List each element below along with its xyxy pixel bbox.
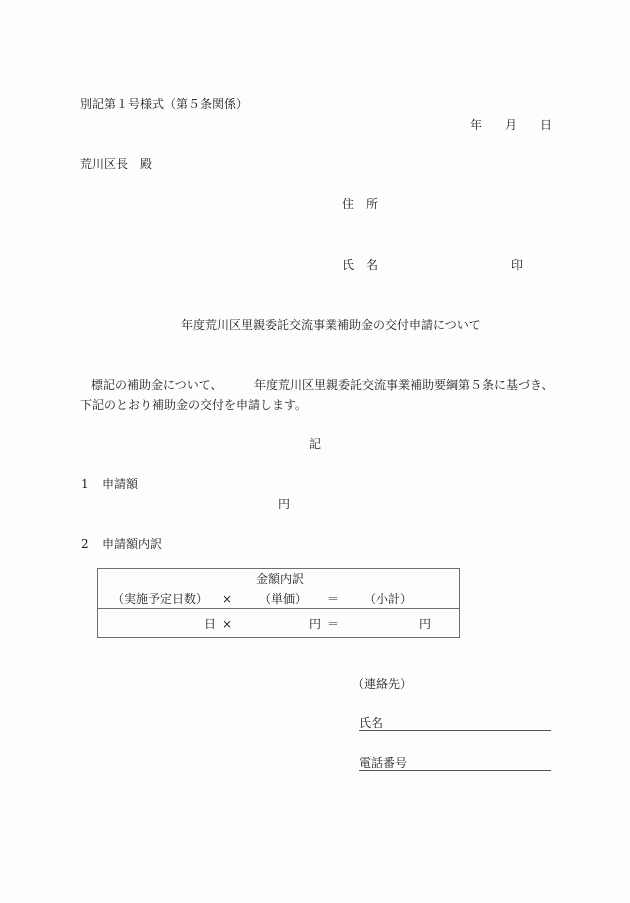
addressee: 荒川区長 殿: [80, 157, 152, 171]
cell-times: ×: [222, 617, 232, 631]
contact-name-underline: [359, 730, 551, 731]
contact-name-label: 氏名: [359, 716, 383, 730]
form-label: 別記第１号様式（第５条関係）: [80, 97, 248, 111]
header-equals: ＝: [327, 592, 339, 606]
date-year: 年: [470, 118, 482, 132]
body-line2: 下記のとおり補助金の交付を申請します。: [80, 398, 307, 412]
cell-price-unit: 円: [309, 617, 321, 631]
header-times: ×: [222, 592, 232, 606]
document-title: 年度荒川区里親委託交流事業補助金の交付申請について: [181, 318, 481, 332]
ki-heading: 記: [309, 437, 321, 451]
header-unit-price: （単価）: [259, 592, 307, 606]
body-line1-b: 年度荒川区里親委託交流事業補助要綱第５条に基づき、: [254, 378, 554, 392]
section-1-label: 申請額: [102, 477, 138, 491]
section-1-number: 1: [81, 477, 89, 491]
header-days: （実施予定日数）: [112, 592, 208, 606]
contact-phone-label: 電話番号: [359, 756, 407, 770]
header-subtotal: （小計）: [364, 592, 412, 606]
breakdown-table: 金額内訳 （実施予定日数） × （単価） ＝ （小計） 日 × 円 ＝ 円: [97, 568, 460, 638]
cell-equals: ＝: [327, 617, 339, 631]
cell-subtotal-unit: 円: [419, 617, 431, 631]
contact-heading: （連絡先）: [352, 677, 412, 691]
section-2-number: 2: [81, 537, 89, 551]
body-line1-a: 標記の補助金について、: [91, 378, 223, 392]
date-day: 日: [540, 118, 552, 132]
table-title: 金額内訳: [256, 572, 304, 586]
section-2-label: 申請額内訳: [102, 537, 162, 551]
address-label: 住 所: [342, 197, 378, 211]
cell-days-unit: 日: [204, 617, 216, 631]
date-month: 月: [505, 118, 517, 132]
table-divider: [98, 608, 459, 609]
section-1-unit: 円: [278, 497, 290, 511]
contact-phone-underline: [359, 770, 551, 771]
seal-label: 印: [511, 258, 523, 272]
name-label: 氏 名: [342, 258, 378, 272]
